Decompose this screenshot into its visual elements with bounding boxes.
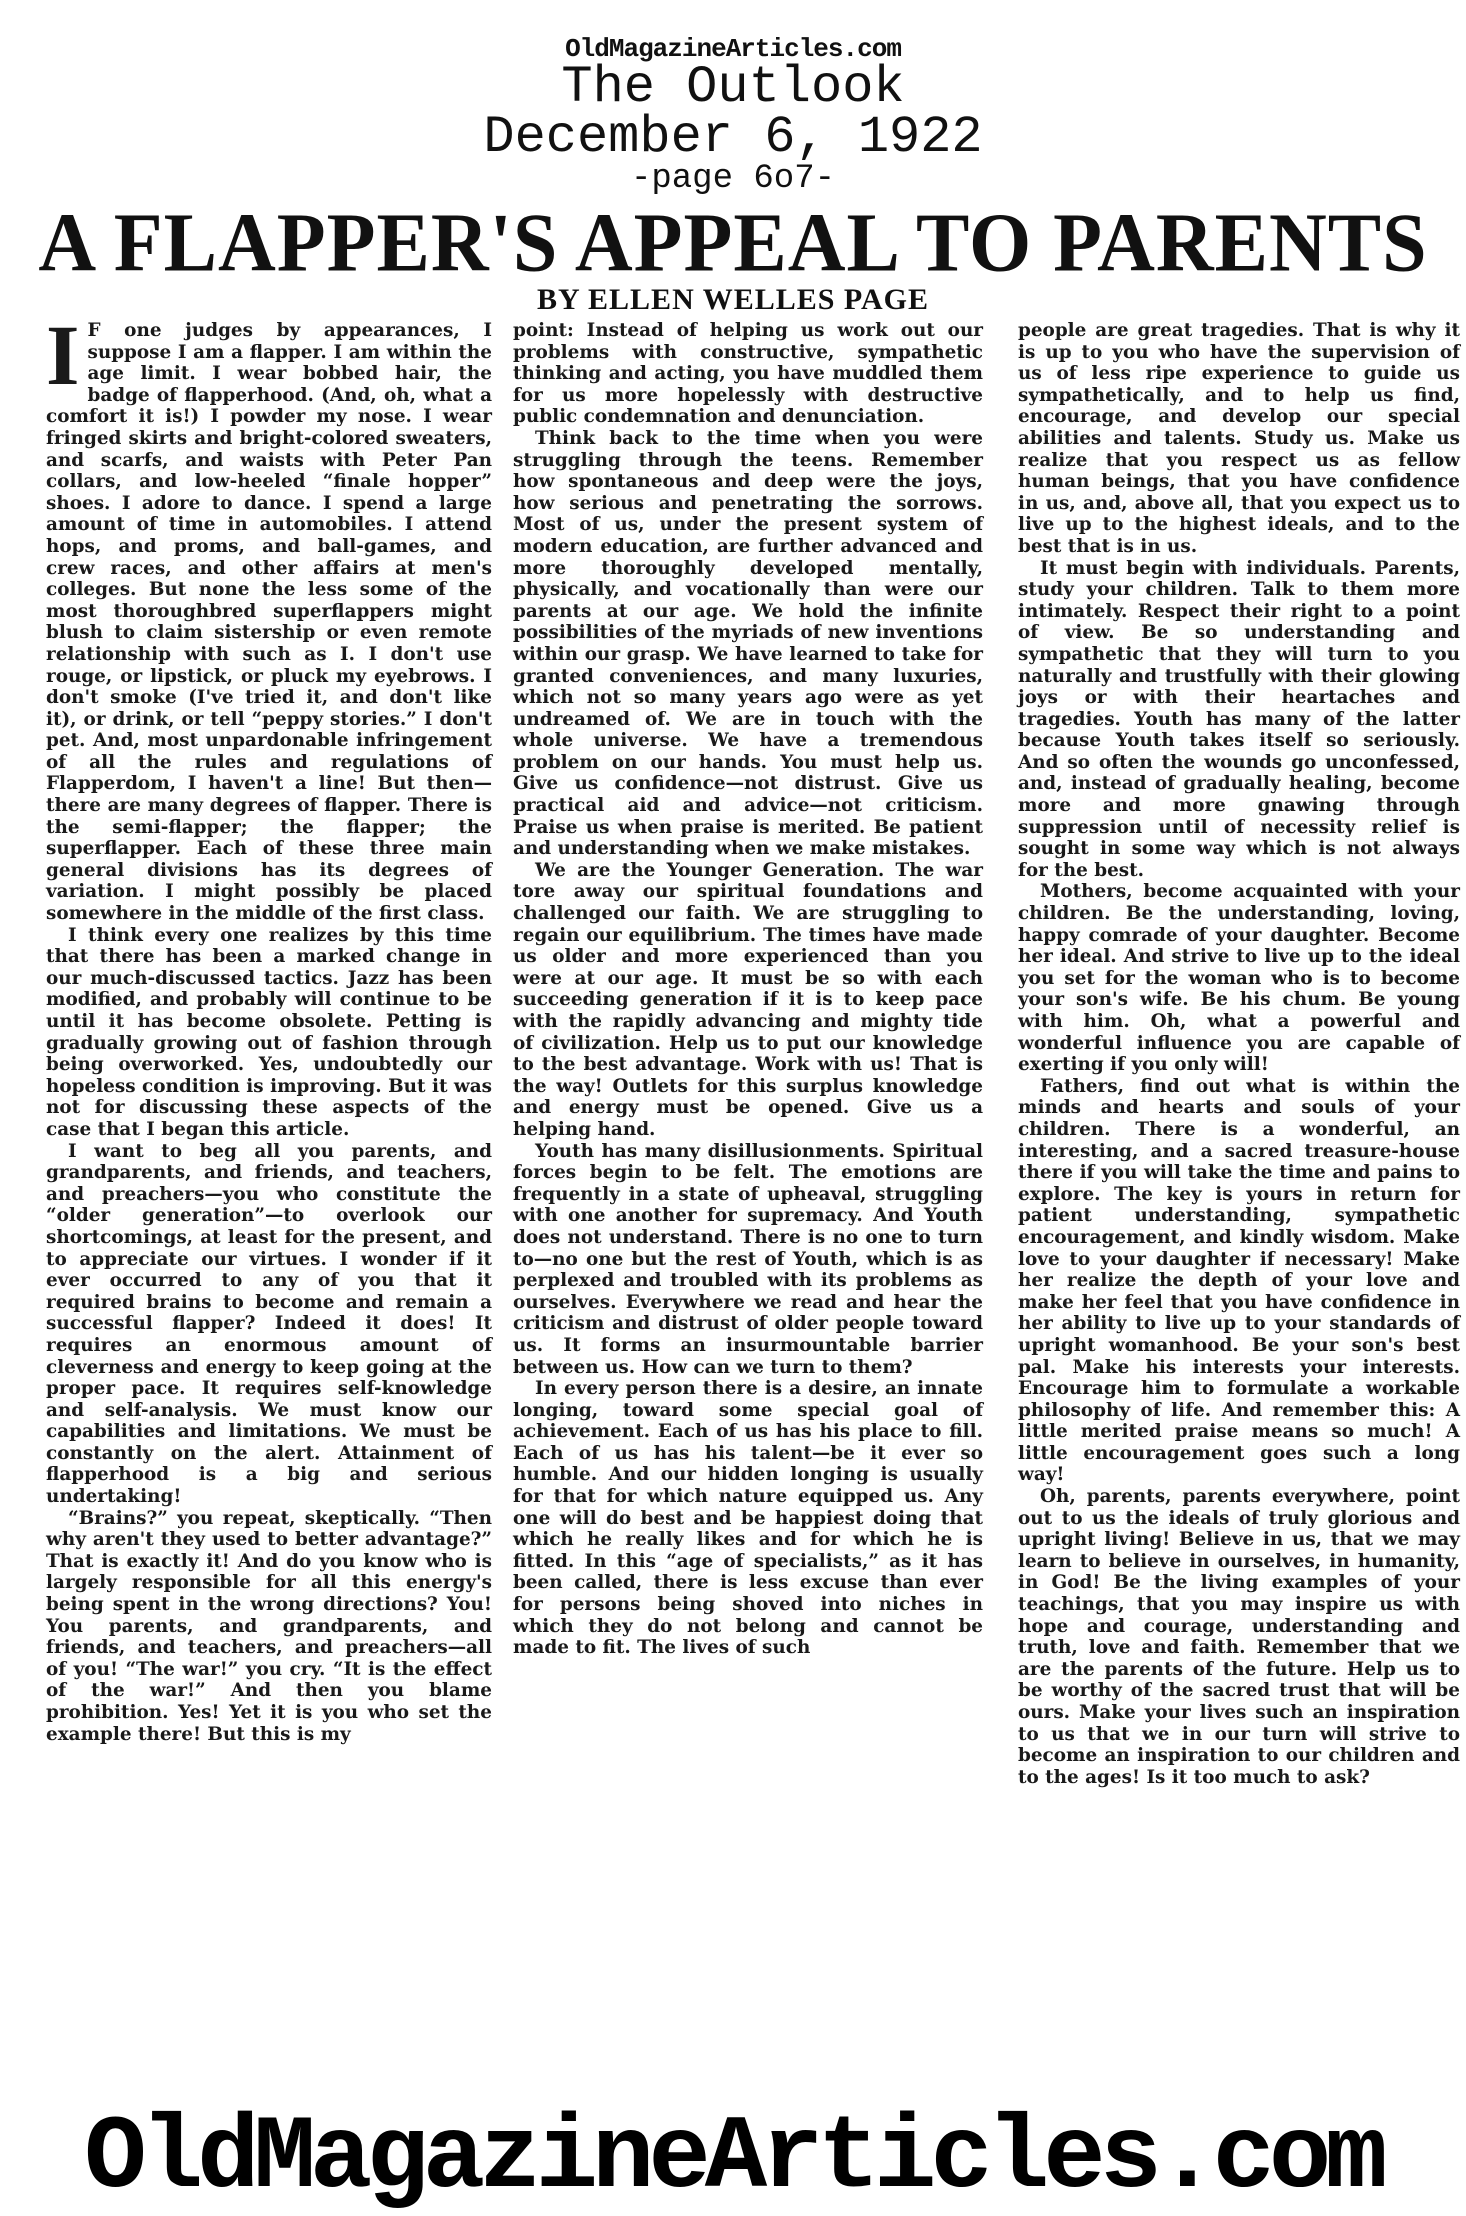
- article-paragraph: I want to beg all you parents, and grand…: [46, 1141, 492, 1508]
- article-paragraph: We are the Younger Generation. The war t…: [513, 860, 983, 1141]
- article-paragraph: IF one judges by appearances, I suppose …: [46, 320, 492, 925]
- article-title: A FLAPPER'S APPEAL TO PARENTS: [10, 196, 1456, 292]
- issue-date: December 6, 1922: [0, 108, 1466, 167]
- article-paragraph: Mothers, become acquainted with your chi…: [1018, 881, 1460, 1075]
- article-paragraph: point: Instead of helping us work out ou…: [513, 320, 983, 428]
- page-number: -page 6o7-: [0, 160, 1466, 198]
- article-paragraph: It must begin with individuals. Parents,…: [1018, 558, 1460, 882]
- article-paragraph: Oh, parents, parents everywhere, point o…: [1018, 1486, 1460, 1788]
- article-paragraph: Youth has many disillusionments. Spiritu…: [513, 1141, 983, 1379]
- article-paragraph: In every person there is a desire, an in…: [513, 1378, 983, 1659]
- article-column-3: people are great tragedies. That is why …: [1018, 320, 1460, 1788]
- article-paragraph: Think back to the time when you were str…: [513, 428, 983, 860]
- drop-cap: I: [46, 322, 79, 388]
- article-column-1: IF one judges by appearances, I suppose …: [46, 320, 492, 1745]
- article-paragraph: Fathers, find out what is within the min…: [1018, 1076, 1460, 1486]
- article-paragraph: people are great tragedies. That is why …: [1018, 320, 1460, 558]
- article-column-2: point: Instead of helping us work out ou…: [513, 320, 983, 1659]
- article-paragraph: “Brains?” you repeat, skeptically. “Then…: [46, 1508, 492, 1746]
- article-paragraph: I think every one realizes by this time …: [46, 925, 492, 1141]
- watermark-logo: OldMagazineArticles.com: [0, 2100, 1466, 2216]
- byline: BY ELLEN WELLES PAGE: [0, 283, 1466, 317]
